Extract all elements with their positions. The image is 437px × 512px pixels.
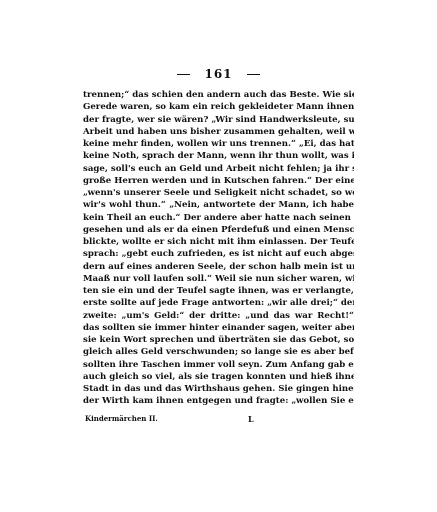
text-line: Maaß nur voll laufen soll.“ Weil sie nun… (83, 273, 354, 285)
text-line: wir's wohl thun.“ „Nein, antwortete der … (83, 199, 354, 211)
text-line: trennen;“ das schien den andern auch das… (83, 89, 354, 101)
text-line: Stadt in das und das Wirthshaus gehen. S… (83, 383, 354, 395)
text-line: erste sollte auf jede Frage antworten: „… (83, 297, 354, 309)
text-line: der Wirth kam ihnen entgegen und fragte:… (83, 395, 354, 407)
text-line: gleich alles Geld verschwunden; so lange… (83, 346, 354, 358)
footer-title: Kindermärchen II. (85, 414, 158, 423)
text-line: der fragte, wer sie wären? „Wir sind Han… (83, 114, 354, 126)
text-line: kein Theil an euch.“ Der andere aber hat… (83, 212, 354, 224)
text-line: Gerede waren, so kam ein reich gekleidet… (83, 101, 354, 113)
text-line: sprach: „gebt euch zufrieden, es ist nic… (83, 248, 354, 260)
text-line: sollten ihre Taschen immer voll seyn. Zu… (83, 359, 354, 371)
page-footer: Kindermärchen II. L (85, 414, 355, 423)
text-line: auch gleich so viel, als sie tragen konn… (83, 371, 354, 383)
page-number: 161 (204, 67, 232, 81)
text-line: keine Noth, sprach der Mann, wenn ihr th… (83, 150, 354, 162)
text-line: keine mehr finden, wollen wir uns trenne… (83, 138, 354, 150)
text-line: zweite: „um's Geld:“ der dritte: „und da… (83, 310, 354, 322)
text-line: ten sie ein und der Teufel sagte ihnen, … (83, 285, 354, 297)
text-line: dern auf eines anderen Seele, der schon … (83, 261, 354, 273)
header-left-dash (177, 74, 190, 75)
text-line: sage, soll's euch an Geld und Arbeit nic… (83, 163, 354, 175)
text-line: blickte, wollte er sich nicht mit ihm ei… (83, 236, 354, 248)
text-line: Arbeit und haben uns bisher zusammen geh… (83, 126, 354, 138)
text-line: sie kein Wort sprechen und überträten si… (83, 334, 354, 346)
body-text: trennen;“ das schien den andern auch das… (83, 89, 354, 408)
header-right-dash (247, 74, 260, 75)
text-line: „wenn's unserer Seele und Seligkeit nich… (83, 187, 354, 199)
text-line: große Herren werden und in Kutschen fahr… (83, 175, 354, 187)
text-line: das sollten sie immer hinter einander sa… (83, 322, 354, 334)
signature-mark: L (248, 414, 254, 424)
page-header: 161 (0, 67, 437, 81)
text-line: gesehen und als er da einen Pferdefuß un… (83, 224, 354, 236)
